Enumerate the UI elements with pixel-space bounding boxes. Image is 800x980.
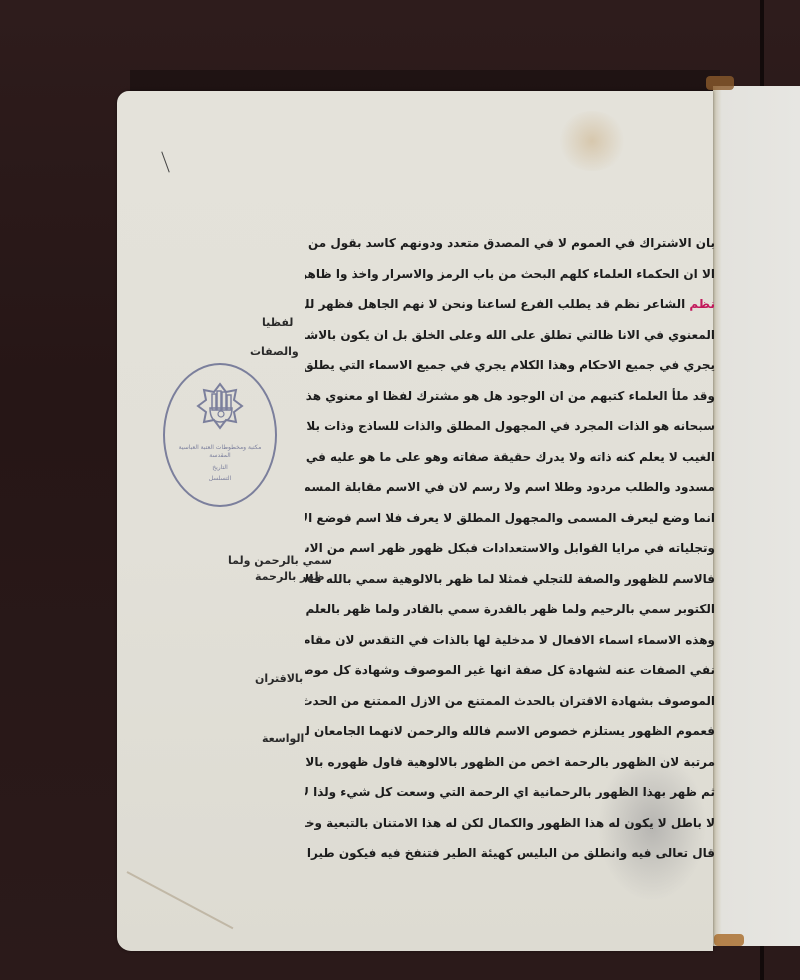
text-line: الغيب لا يعلم كنه ذاته ولا يدرك حقيقة صف… [305, 442, 715, 473]
text-line: وقد ملأ العلماء كتبهم من ان الوجود هل هو… [305, 381, 715, 412]
text-line: انما وضع ليعرف المسمى والمجهول المطلق لا… [305, 503, 715, 534]
rubric-word: نظم [689, 297, 715, 311]
marginal-note: لفظيا [262, 316, 293, 329]
binding-thread-bottom [714, 934, 744, 946]
marginal-note: والصفات [250, 345, 299, 358]
text-line: فعموم الظهور يستلزم خصوص الاسم فالله وال… [305, 716, 715, 747]
text-line: الكتوبر سمي بالرحيم ولما ظهر بالقدرة سمي… [305, 594, 715, 625]
marginal-note: الواسعة [262, 732, 304, 745]
library-stamp: مكتبة ومخطوطات العتبة العباسية المقدسة ا… [163, 363, 277, 507]
text-line: الموصوف بشهادة الاقتران بالحدث الممتنع م… [305, 686, 715, 717]
text-line: وهذه الاسماء اسماء الافعال لا مدخلية لها… [305, 625, 715, 656]
text-line: المعنوي في الانا ظالتي تطلق على الله وعل… [305, 320, 715, 351]
text-line: فالاسم للظهور والصفة للتجلي فمثلا لما ظه… [305, 564, 715, 595]
facing-page [713, 86, 800, 946]
marginal-note: بالاقتران [255, 672, 303, 685]
stamp-serial-label: التسلسل [209, 475, 232, 482]
marginal-note: ظهر بالرحمة [255, 570, 325, 583]
text-line: قال تعالى فيه وانطلق من البليس كهيئة الط… [305, 838, 715, 869]
text-line: مسدود والطلب مردود وطلا اسم ولا رسم لان … [305, 472, 715, 503]
text-line-rest: الشاعر نظم قد يطلب الفرع لساعنا ونحن لا … [305, 297, 685, 311]
stamp-date-label: التاريخ [212, 464, 228, 471]
pen-mark [161, 151, 169, 172]
text-line: بان الاشتراك في العموم لا في المصدق متعد… [305, 228, 715, 259]
hand-icon [196, 382, 244, 438]
stamp-inscription: مكتبة ومخطوطات العتبة العباسية المقدسة [178, 444, 262, 460]
binding-thread-top [706, 76, 734, 90]
marginal-note: سمي بالرحمن ولما [228, 554, 332, 567]
text-line: ثم ظهر بهذا الظهور بالرحمانية اي الرحمة … [305, 777, 715, 808]
text-line: سبحانه هو الذات المجرد في المجهول المطلق… [305, 411, 715, 442]
text-line: يجري في جميع الاحكام وهذا الكلام يجري في… [305, 350, 715, 381]
text-line: الا ان الحكماء العلماء كلهم البحث من باب… [305, 259, 715, 290]
text-line: لا باطل لا يكون له هذا الظهور والكمال لك… [305, 808, 715, 839]
corner-fold [127, 871, 234, 929]
text-line: مرتبة لان الظهور بالرحمة اخص من الظهور ب… [305, 747, 715, 778]
text-line: نفي الصفات عنه لشهادة كل صفة انها غير ال… [305, 655, 715, 686]
text-line: وتجلياته في مرايا القوابل والاستعدادات ف… [305, 533, 715, 564]
text-line: نظم الشاعر نظم قد يطلب الفرع لساعنا ونحن… [305, 289, 715, 320]
foxing-stain [557, 111, 627, 171]
main-text-block: بان الاشتراك في العموم لا في المصدق متعد… [305, 228, 715, 869]
